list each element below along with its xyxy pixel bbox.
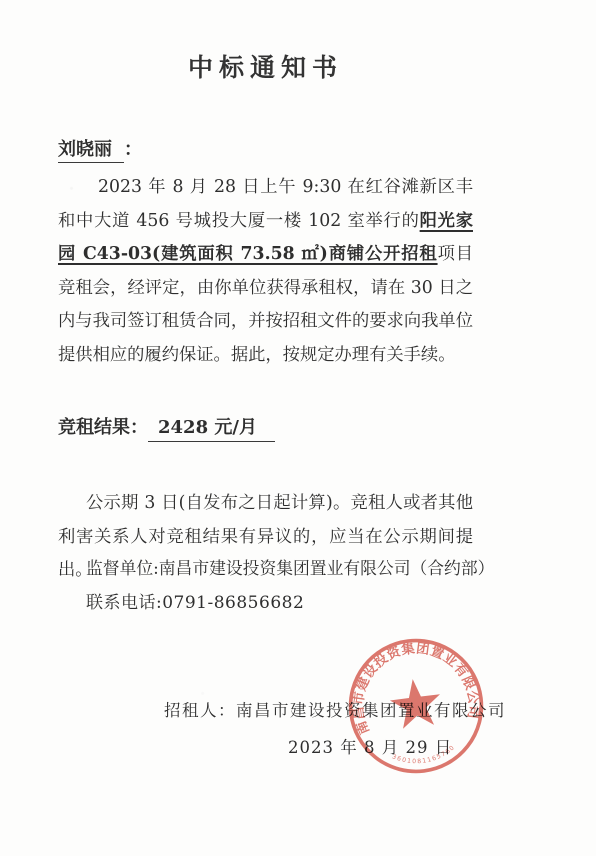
bid-result-value: 2428 元/月 [148,417,275,442]
supervisor-unit-line: 监督单位:南昌市建设投资集团置业有限公司（合约部） [58,555,518,579]
signature-label: 招租人： [164,701,236,720]
signature-line: 招租人：南昌市建设投资集团置业有限公司 [164,697,506,721]
body-paragraph-main: 2023 年 8 月 28 日上午 9:30 在红谷滩新区丰和中大道 456 号… [58,171,473,372]
bid-result-line: 竞租结果：2428 元/月 [58,413,275,439]
addressee-name: 刘晓丽 [58,139,124,163]
addressee-line: 刘晓丽： [58,135,142,161]
document-title: 中标通知书 [58,48,473,84]
signature-date: 2023 年 8 月 29 日 [288,734,452,758]
signature-company: 南昌市建设投资集团置业有限公司 [236,701,506,720]
seal-company-arc-text: 南昌市建设投资集团置业有限公司 [343,632,485,737]
para1-prefix-text: 2023 年 8 月 28 日上午 9:30 在红谷滩新区丰和中大道 456 号… [58,177,473,231]
bid-result-label: 竞租结果： [58,417,148,438]
addressee-colon: ： [124,139,142,160]
contact-phone-line: 联系电话:0791-86856682 [58,588,478,613]
scanned-document-page: 中标通知书 刘晓丽： 2023 年 8 月 28 日上午 9:30 在红谷滩新区… [0,0,596,856]
